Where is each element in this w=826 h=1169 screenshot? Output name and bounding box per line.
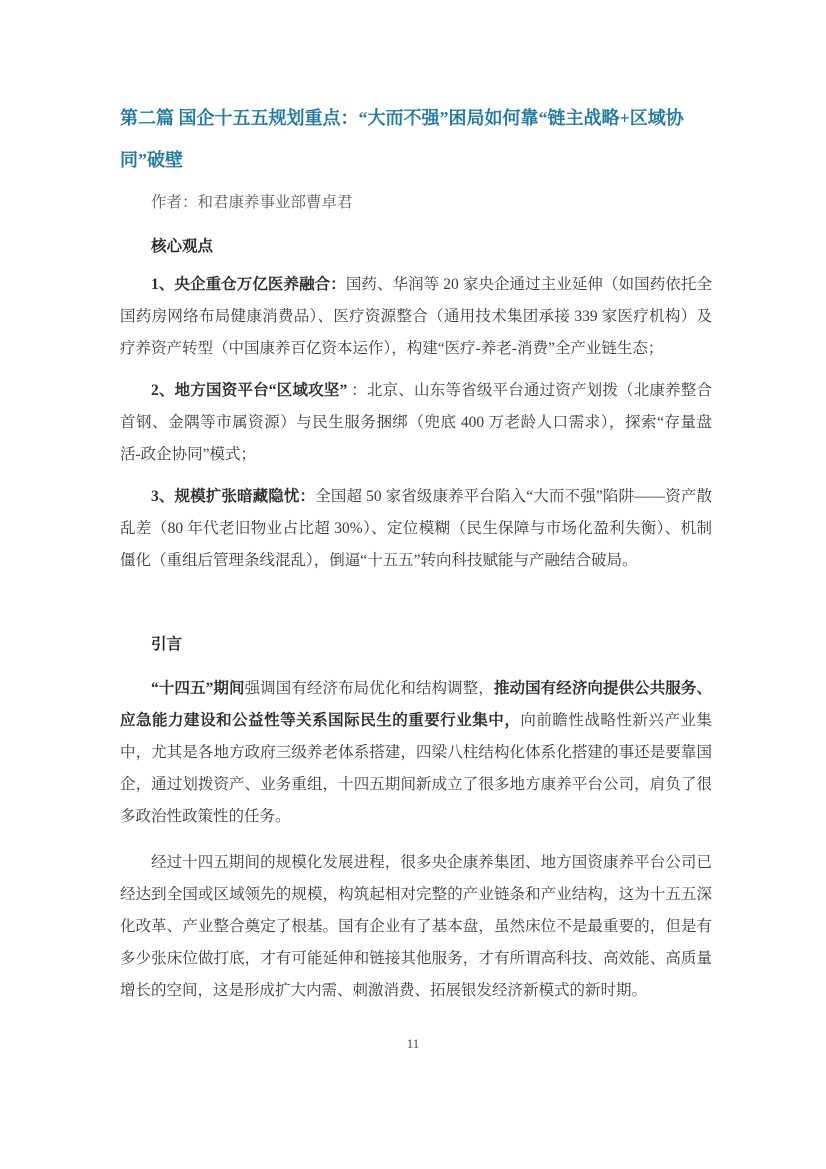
core-point-1-lead: 1、央企重仓万亿医养融合： xyxy=(151,276,346,293)
document-page: 第二篇 国企十五五规划重点：“大而不强”困局如何靠“链主战略+区域协同”破壁 作… xyxy=(0,0,826,1169)
intro-seg-2: 强调国有经济布局优化和结构调整， xyxy=(245,680,494,697)
document-content: 第二篇 国企十五五规划重点：“大而不强”困局如何靠“链主战略+区域协同”破壁 作… xyxy=(120,97,712,1007)
document-title: 第二篇 国企十五五规划重点：“大而不强”困局如何靠“链主战略+区域协同”破壁 xyxy=(120,97,712,181)
core-point-3: 3、规模扩张暗藏隐忧：全国超 50 家省级康养平台陷入“大而不强”陷阱——资产散… xyxy=(120,481,712,577)
core-point-2-lead: 2、地方国资平台“区域攻坚” xyxy=(151,382,347,399)
core-point-3-lead: 3、规模扩张暗藏隐忧： xyxy=(151,488,315,505)
author-line: 作者：和君康养事业部曹卓君 xyxy=(120,187,712,219)
heading-introduction: 引言 xyxy=(120,629,712,661)
core-point-2: 2、地方国资平台“区域攻坚” ：北京、山东等省级平台通过资产划拨（北康养整合首钢… xyxy=(120,375,712,471)
core-point-1: 1、央企重仓万亿医养融合：国药、华润等 20 家央企通过主业延伸（如国药依托全国… xyxy=(120,269,712,365)
closing-paragraph: 经过十四五期间的规模化发展进程，很多央企康养集团、地方国资康养平台公司已经达到全… xyxy=(120,847,712,1007)
intro-seg-1: “十四五”期间 xyxy=(151,680,245,697)
heading-core-views: 核心观点 xyxy=(120,231,712,263)
page-number: 11 xyxy=(0,1036,826,1052)
intro-paragraph: “十四五”期间强调国有经济布局优化和结构调整，推动国有经济向提供公共服务、应急能… xyxy=(120,673,712,833)
